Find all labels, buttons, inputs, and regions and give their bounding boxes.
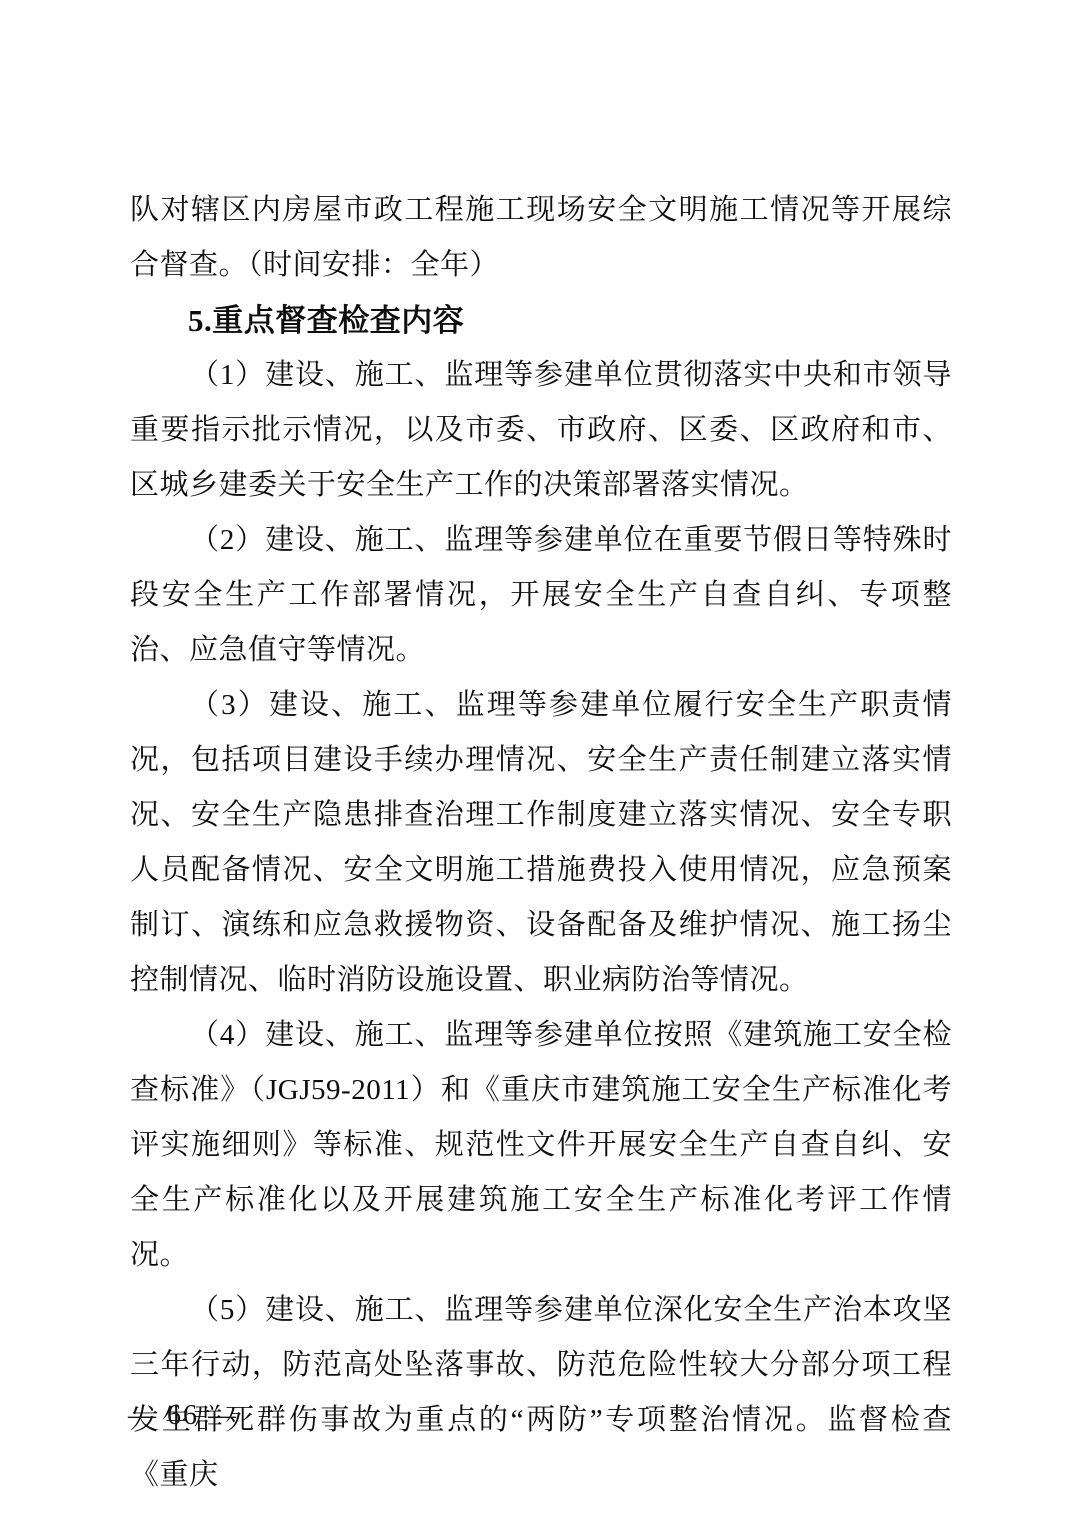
- paragraph-item-4: （4）建设、施工、监理等参建单位按照《建筑施工安全检查标准》（JGJ59-201…: [130, 1008, 952, 1283]
- document-page: 队对辖区内房屋市政工程施工现场安全文明施工情况等开展综合督查。（时间安排：全年）…: [0, 0, 1074, 1520]
- section-heading: 5.重点督查检查内容: [130, 293, 952, 348]
- paragraph-item-1: （1）建设、施工、监理等参建单位贯彻落实中央和市领导重要指示批示情况，以及市委、…: [130, 348, 952, 513]
- page-number: — 66 —: [128, 1396, 238, 1436]
- paragraph-item-3: （3）建设、施工、监理等参建单位履行安全生产职责情况，包括项目建设手续办理情况、…: [130, 678, 952, 1008]
- paragraph-continuation: 队对辖区内房屋市政工程施工现场安全文明施工情况等开展综合督查。（时间安排：全年）: [130, 183, 952, 293]
- paragraph-item-2: （2）建设、施工、监理等参建单位在重要节假日等特殊时段安全生产工作部署情况，开展…: [130, 513, 952, 678]
- document-body: 队对辖区内房屋市政工程施工现场安全文明施工情况等开展综合督查。（时间安排：全年）…: [130, 183, 952, 1503]
- paragraph-item-5: （5）建设、施工、监理等参建单位深化安全生产治本攻坚三年行动，防范高处坠落事故、…: [130, 1283, 952, 1503]
